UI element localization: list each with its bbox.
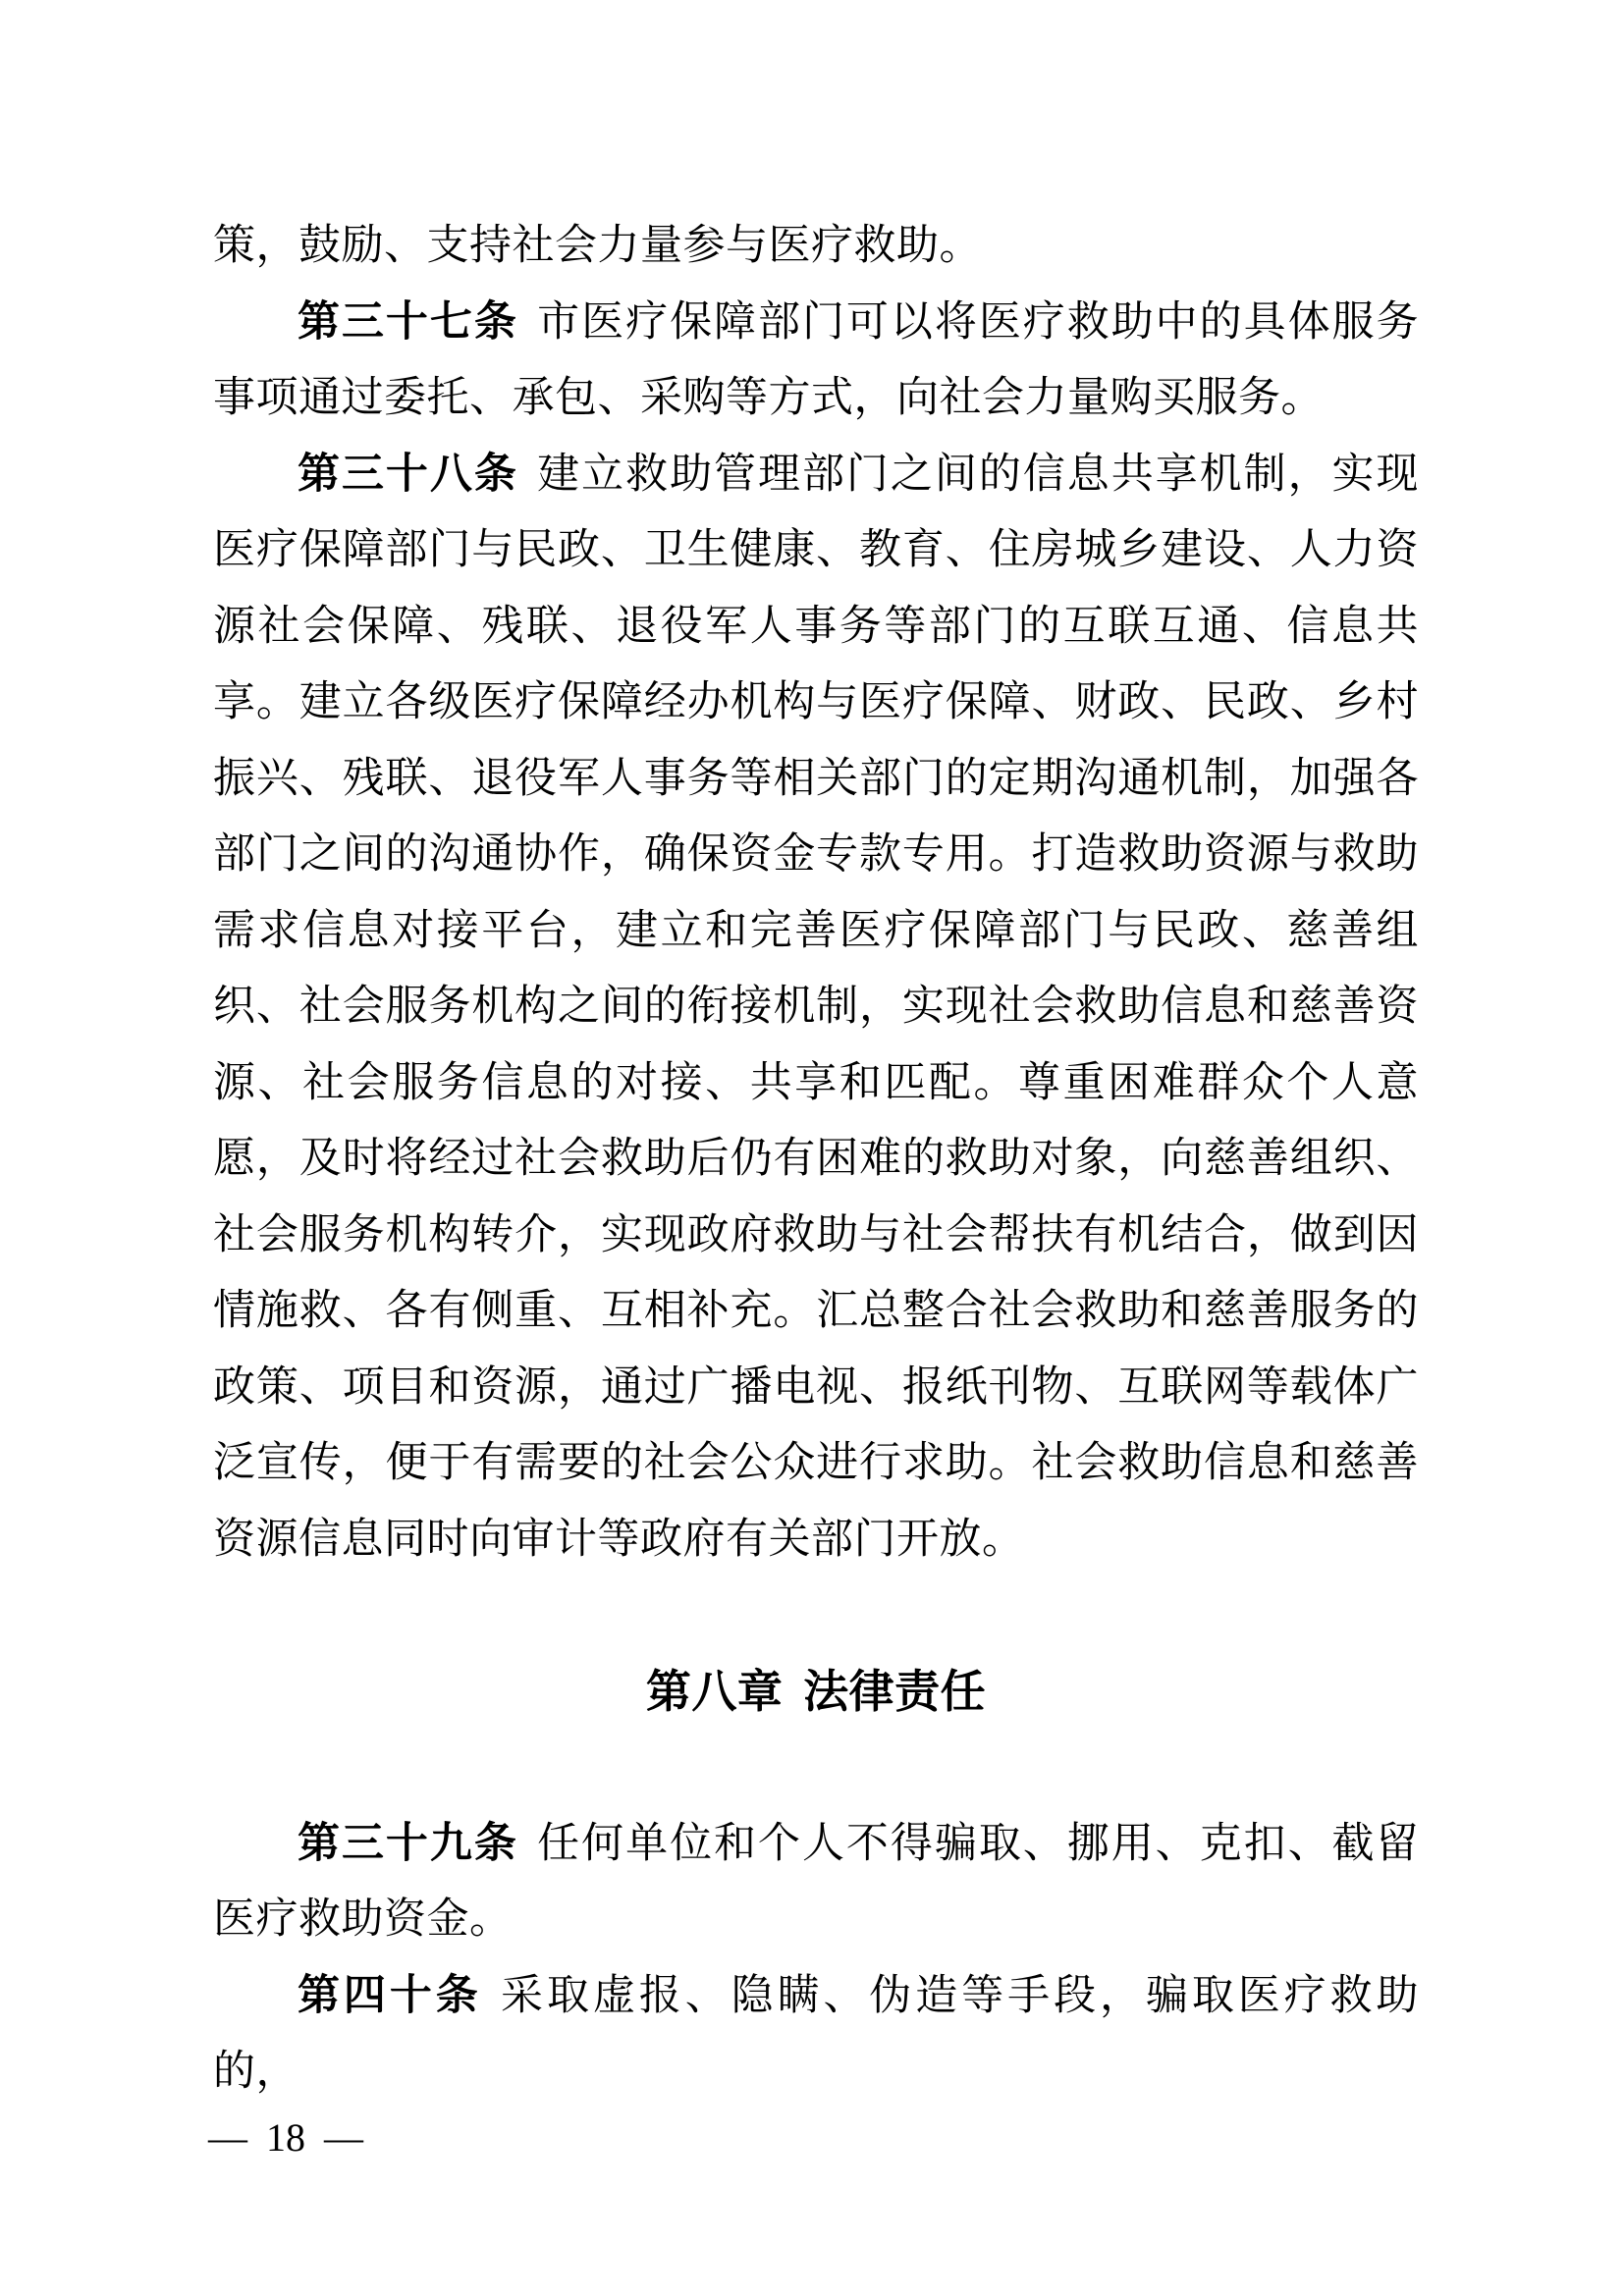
paragraph-article-38: 第三十八条建立救助管理部门之间的信息共享机制，实现医疗保障部门与民政、卫生健康、… [213, 437, 1419, 1578]
page-number-dash-right: — [324, 2116, 363, 2160]
page-number-dash-left: — [208, 2116, 247, 2160]
article-38-text: 建立救助管理部门之间的信息共享机制，实现医疗保障部门与民政、卫生健康、教育、住房… [213, 452, 1419, 1563]
chapter-title: 法律责任 [803, 1666, 986, 1717]
article-38-label: 第三十八条 [298, 451, 518, 498]
paragraph-article-39: 第三十九条任何单位和个人不得骗取、挪用、克扣、截留医疗救助资金。 [213, 1806, 1419, 1958]
article-40-label: 第四十条 [298, 1972, 482, 2019]
article-39-label: 第三十九条 [298, 1820, 518, 1867]
paragraph-article-37: 第三十七条市医疗保障部门可以将医疗救助中的具体服务事项通过委托、承包、采购等方式… [213, 285, 1419, 437]
paragraph-article-40: 第四十条采取虚报、隐瞒、伪造等手段，骗取医疗救助的， [213, 1958, 1419, 2110]
article-37-label: 第三十七条 [298, 298, 518, 346]
document-body: 策，鼓励、支持社会力量参与医疗救助。 第三十七条市医疗保障部门可以将医疗救助中的… [213, 208, 1419, 2110]
chapter-heading: 第八章法律责任 [213, 1654, 1419, 1731]
page-number: 18 [266, 2116, 305, 2160]
page-footer: —18— [208, 2116, 363, 2160]
chapter-number: 第八章 [646, 1666, 784, 1717]
document-page: 策，鼓励、支持社会力量参与医疗救助。 第三十七条市医疗保障部门可以将医疗救助中的… [0, 0, 1624, 2296]
paragraph-continuation: 策，鼓励、支持社会力量参与医疗救助。 [213, 208, 1419, 285]
